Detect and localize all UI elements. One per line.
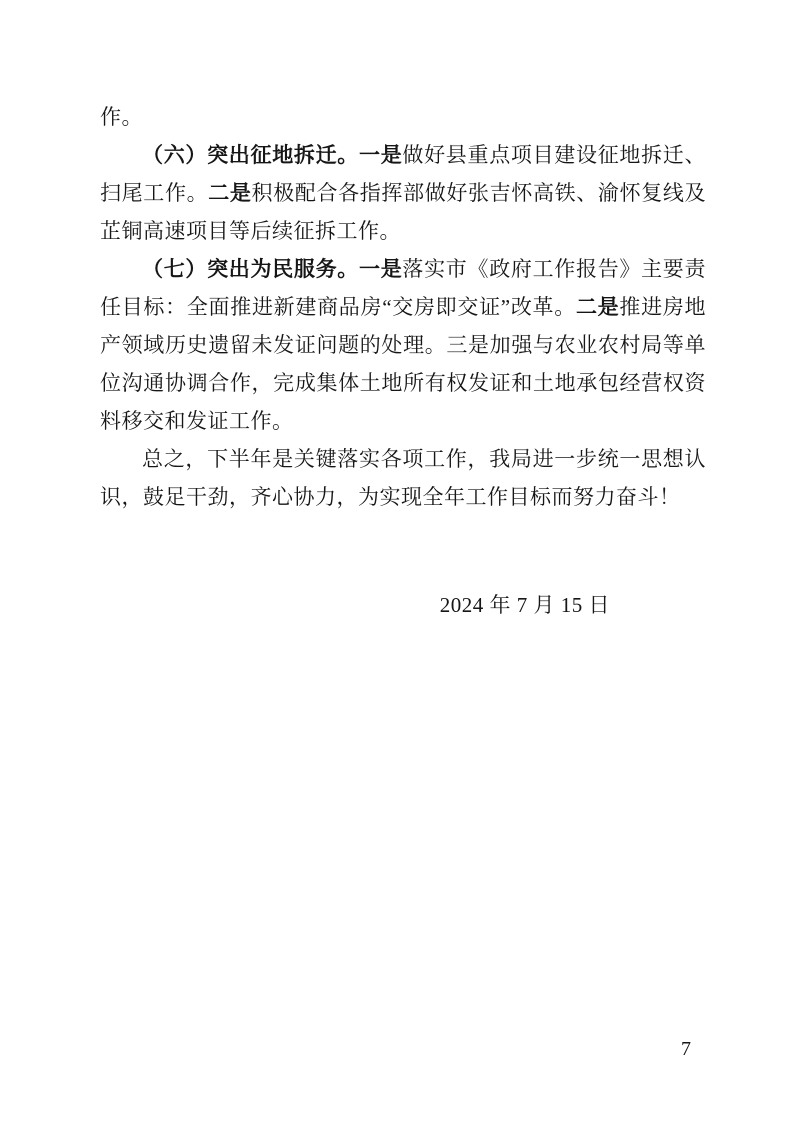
document-body: 作。（六）突出征地拆迁。一是做好县重点项目建设征地拆迁、扫尾工作。二是积极配合各… [100,98,706,516]
page-number: 7 [672,1036,700,1062]
text-run: 作。 [100,105,143,129]
bold-text-run: 二是 [208,181,251,205]
bold-text-run: （六）突出征地拆迁。一是 [142,143,402,167]
paragraph: 作。 [100,98,706,136]
document-page: 作。（六）突出征地拆迁。一是做好县重点项目建设征地拆迁、扫尾工作。二是积极配合各… [0,0,793,1122]
bold-text-run: 二是 [576,295,619,319]
paragraph: 总之，下半年是关键落实各项工作，我局进一步统一思想认识，鼓足干劲，齐心协力，为实… [100,440,706,516]
text-run: 总之，下半年是关键落实各项工作，我局进一步统一思想认识，鼓足干劲，齐心协力，为实… [100,447,706,509]
bold-text-run: （七）突出为民服务。一是 [142,257,402,281]
date-line: 2024 年 7 月 15 日 [100,586,706,624]
paragraph: （七）突出为民服务。一是落实市《政府工作报告》主要责任目标：全面推进新建商品房“… [100,250,706,440]
paragraph: （六）突出征地拆迁。一是做好县重点项目建设征地拆迁、扫尾工作。二是积极配合各指挥… [100,136,706,250]
